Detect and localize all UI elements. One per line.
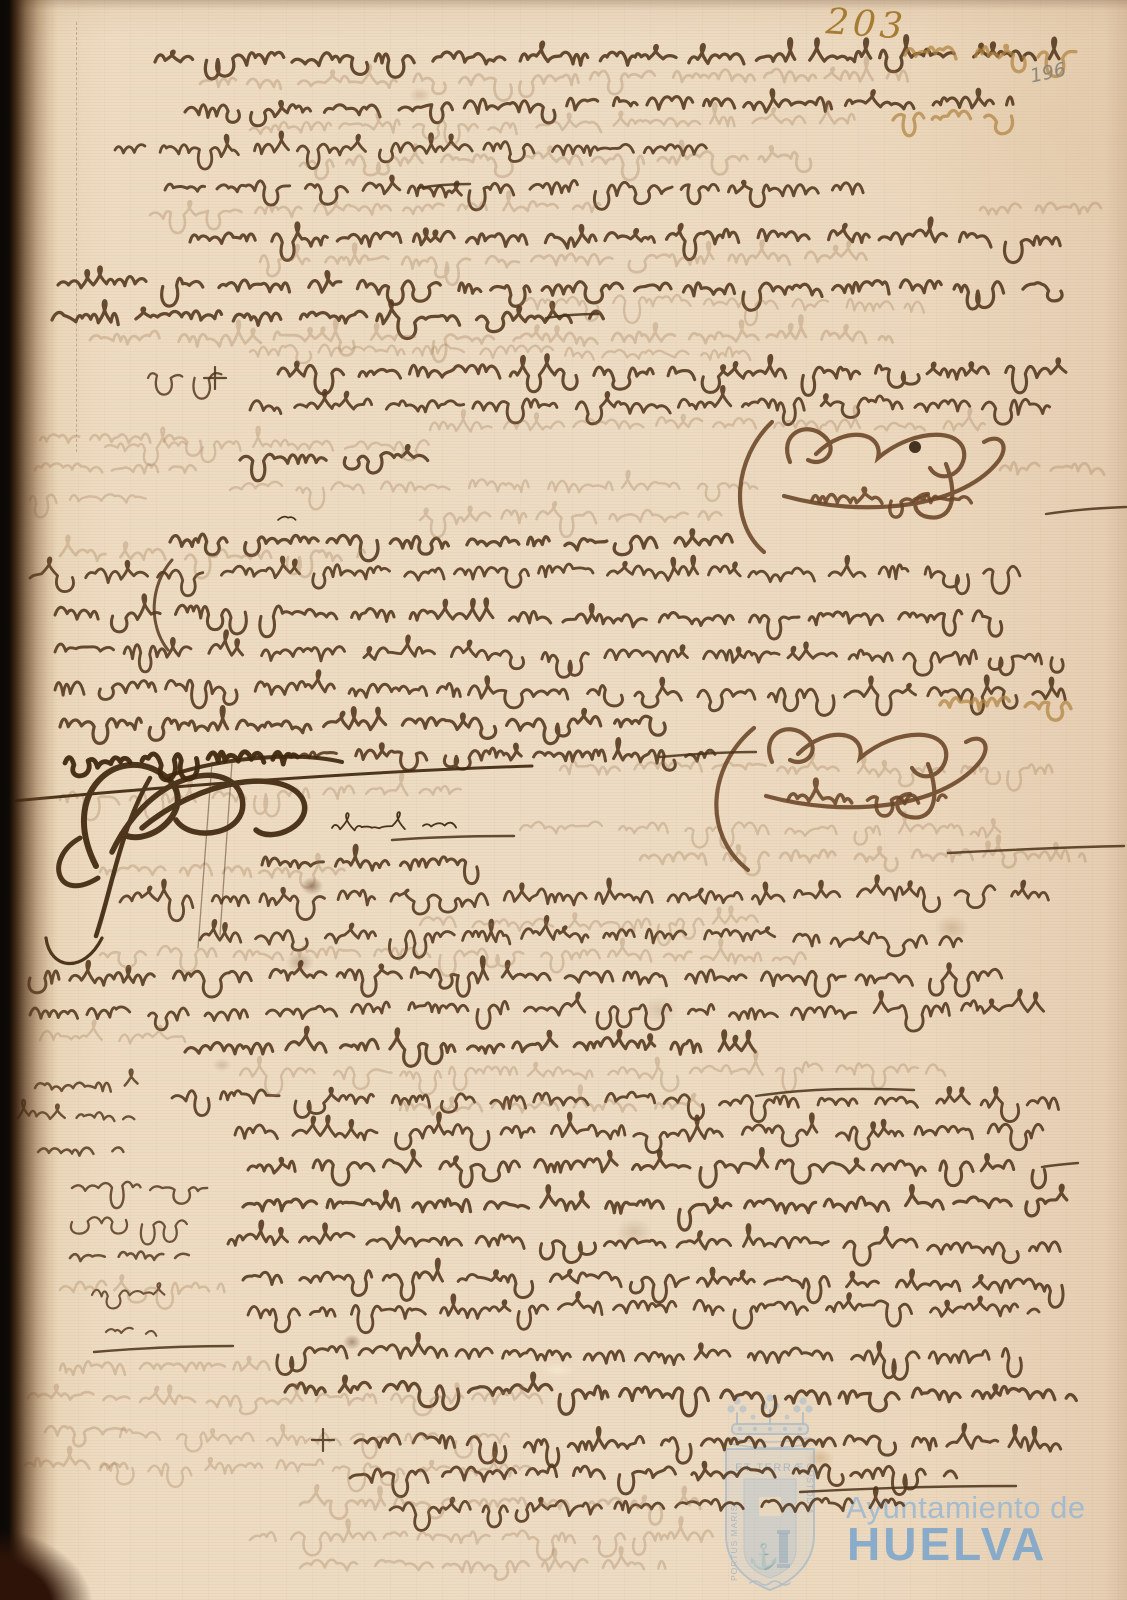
handwriting-line	[248, 1149, 1046, 1188]
handwriting-line	[52, 301, 603, 339]
handwriting-line	[120, 1425, 509, 1458]
handwriting-line	[100, 854, 344, 888]
handwriting-line	[277, 1333, 1021, 1379]
handwriting-line	[40, 1021, 185, 1044]
handwriting-line	[35, 463, 196, 473]
handwriting-line	[243, 1259, 1063, 1307]
handwriting-line	[420, 907, 758, 945]
handwriting-line	[420, 502, 721, 537]
handwriting-line	[250, 387, 1050, 425]
handwriting-line	[150, 192, 600, 233]
handwriting-line	[30, 556, 1020, 596]
handwriting-line	[29, 957, 1002, 997]
handwriting-line	[278, 355, 1066, 396]
handwriting-line	[70, 1252, 189, 1262]
handwriting-line	[235, 1113, 1043, 1153]
handwriting-line	[300, 1547, 665, 1579]
handwriting-line	[893, 111, 1013, 136]
handwriting-line	[520, 295, 924, 325]
folio-number: 203	[825, 1, 908, 48]
handwriting-line	[940, 697, 1071, 720]
handwriting-line	[228, 1221, 1060, 1265]
handwriting-line	[230, 471, 757, 509]
book-gutter-shadow	[0, 0, 58, 1600]
handwriting-line	[30, 990, 1044, 1031]
handwriting-line	[285, 1373, 1076, 1416]
handwriting-line	[172, 1087, 1059, 1121]
rule-marks	[94, 184, 1126, 1492]
manuscript-scan-page: ET TERRÆ PORTUS MARIS CUSTODIA ⚓ Ayuntam…	[0, 0, 1127, 1600]
handwriting-line	[55, 631, 1063, 678]
handwriting-line	[262, 845, 478, 883]
handwriting-line	[355, 1424, 1061, 1467]
handwriting-line	[115, 132, 706, 169]
handwriting-line	[55, 595, 1002, 639]
handwriting-line	[520, 812, 1000, 848]
bottom-left-page-curl	[0, 1490, 140, 1600]
handwriting-line	[120, 876, 1048, 921]
handwriting-line	[260, 241, 867, 285]
handwriting-line	[190, 218, 1060, 263]
handwriting-line	[250, 1517, 713, 1560]
handwriting-line	[71, 1217, 187, 1244]
handwriting-line	[250, 345, 750, 363]
handwriting-line	[60, 1357, 270, 1375]
manuscript-ink-layer	[0, 0, 1127, 1600]
handwriting-line	[332, 812, 456, 830]
handwriting-line	[185, 1027, 755, 1066]
handwriting-line	[170, 530, 732, 561]
handwriting-line	[185, 89, 1013, 125]
handwriting-line	[243, 1185, 1067, 1230]
handwriting-line	[106, 1328, 156, 1336]
signature-flourish-1	[740, 422, 1004, 552]
handwriting-line	[390, 1487, 904, 1530]
handwriting-line	[72, 1182, 207, 1208]
handwriting-line	[1000, 462, 1104, 474]
handwriting-line	[60, 707, 665, 744]
handwriting-line	[58, 267, 1062, 310]
handwriting-line	[278, 517, 296, 520]
clause-parenthesis	[154, 560, 172, 650]
handwriting-line	[248, 1292, 1039, 1332]
handwriting-line	[980, 203, 1101, 214]
handwriting-line	[100, 939, 806, 976]
